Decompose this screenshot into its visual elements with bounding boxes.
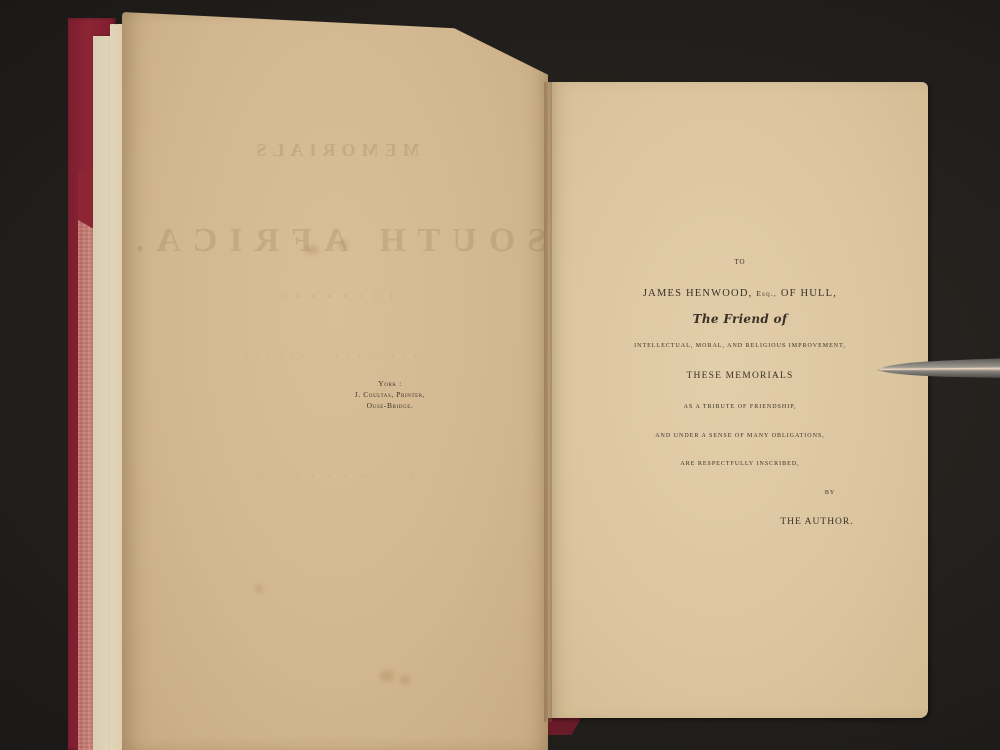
dedication-line: INTELLECTUAL, MORAL, AND RELIGIOUS IMPRO… [560,343,920,349]
bleed-through-text: · · · · · · · · · · · · · · · · · [122,352,548,362]
bleed-through-text: SOUTH AFRICA. [122,222,548,260]
dedication-block: TO JAMES HENWOOD, Esq., OF HULL, The Fri… [560,0,920,750]
foxing-spot [255,585,263,593]
colophon-line: J. Coultas, Printer, [300,389,480,400]
colophon-line: York : [300,378,480,389]
foxing-spot [305,245,319,255]
foxing-spot [338,240,348,250]
dedication-by: BY [650,490,1000,496]
bleed-through-text: · · · · · · · · · · [122,470,548,482]
book-photo-scene: MEMORIALS SOUTH AFRICA. · · · · · · · · … [0,0,1000,750]
dedication-line: AND UNDER A SENSE OF MANY OBLIGATIONS, [560,433,920,439]
dedicatee-name: JAMES HENWOOD, [643,288,753,299]
dedicatee-place: OF HULL, [781,288,837,299]
bleed-through-text: · · · · · · · · [122,288,548,304]
knife-blade-icon [874,356,1000,382]
dedication-to: TO [560,258,920,266]
dedication-line: AS A TRIBUTE OF FRIENDSHIP, [560,404,920,410]
foxing-spot [380,670,394,682]
dedication-line: ARE RESPECTFULLY INSCRIBED, [560,461,920,467]
printer-colophon: York : J. Coultas, Printer, Ouse-Bridge. [300,378,480,411]
dedicatee-title: Esq., [756,289,777,298]
flyleaf-pencil-mark: · · [110,22,119,28]
foxing-spot [400,675,410,685]
dedication-title-line: THESE MEMORIALS [560,371,920,381]
dedication-blackletter-line: The Friend of [560,312,920,326]
bleed-through-text: · · · · · · · [122,600,548,611]
dedication-name: JAMES HENWOOD, Esq., OF HULL, [560,288,920,299]
bleed-through-text: MEMORIALS [122,140,548,161]
dedication-author: THE AUTHOR. [637,517,997,527]
colophon-line: Ouse-Bridge. [300,400,480,411]
book-gutter [544,82,552,722]
